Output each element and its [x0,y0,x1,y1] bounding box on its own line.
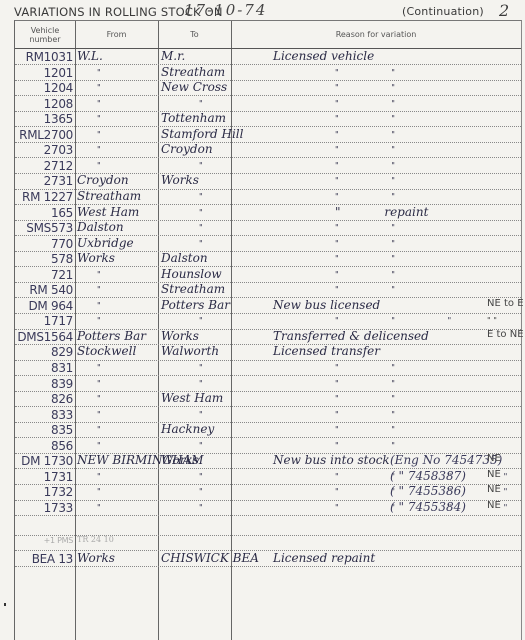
reason-for-variation [273,535,478,550]
region-transfer: NE [487,484,525,499]
vehicle-number: 835 [15,423,73,438]
table-row: SMS573Dalston"" " [15,220,521,236]
region-transfer [487,282,525,297]
to-location: West Ham [161,391,271,406]
reason-for-variation [273,520,478,535]
table-row: RM1031W.L.M.r.Licensed vehicle [15,49,521,65]
table-row: 578WorksDalston" " [15,251,521,267]
continuation-label: (Continuation) [402,5,484,18]
engine-number: (Eng No 7454735) [390,453,480,468]
from-location: NEW BIRMINGHAM [77,453,155,468]
to-location: Croydon [161,142,271,157]
region-transfer [487,127,525,142]
region-transfer: NE [487,469,525,484]
table-row: 2731CroydonWorks" " [15,173,521,189]
table-row: 1733""" " " "( " 7455384)NE [15,500,521,516]
vehicle-number: 721 [15,268,73,283]
engine-number: ( " 7455384) [390,500,480,515]
region-transfer [487,438,525,453]
to-location: Works [161,329,271,344]
region-transfer [487,173,525,188]
rolling-stock-table: Vehicle number From To Reason for variat… [14,20,522,640]
region-transfer [487,407,525,422]
region-transfer: NE to E [487,298,525,313]
header-reason: Reason for variation [231,21,521,48]
region-transfer: NE [487,500,525,515]
vehicle-number: 1717 [15,314,73,329]
region-transfer [487,96,525,111]
vehicle-number: RM1031 [15,50,73,65]
table-row: 839""" " [15,376,521,392]
to-location: Streatham [161,282,271,297]
region-transfer [487,142,525,157]
vehicle-number: 165 [15,206,73,221]
from-location: Works [77,551,155,566]
to-location [161,535,271,550]
table-row: DM 964"Potters BarNew bus licensedNE to … [15,298,521,314]
to-location: Dalston [161,251,271,266]
vehicle-number: 1731 [15,470,73,485]
vehicle-number: 1208 [15,97,73,112]
vehicle-number: 839 [15,377,73,392]
table-row: 1731""" " " "( " 7458387)NE [15,469,521,485]
to-location: Tottenham [161,111,271,126]
region-transfer [487,422,525,437]
to-location: New Cross [161,80,271,95]
to-location: Walworth [161,344,271,359]
table-row: 1208""" " [15,96,521,112]
vehicle-number [15,521,73,536]
region-transfer [487,65,525,80]
vehicle-number: 826 [15,392,73,407]
page-number: 2 [499,1,509,20]
reason-for-variation: Licensed vehicle [273,49,478,64]
vehicle-number: 2703 [15,143,73,158]
from-location: Uxbridge [77,236,155,251]
reason-for-variation: Licensed repaint [273,551,478,566]
vehicle-number: DM 1730 [15,454,73,469]
header-from: From [75,21,158,48]
vehicle-number: SMS573 [15,221,73,236]
to-location [161,520,271,535]
vehicle-number: 2731 [15,174,73,189]
from-location: W.L. [77,49,155,64]
from-location: Stockwell [77,344,155,359]
to-location: Stamford Hill [161,127,271,142]
vehicle-number: 833 [15,408,73,423]
vehicle-number: RML2700 [15,128,73,143]
table-row: 833""" " [15,407,521,423]
vehicle-number: 1201 [15,66,73,81]
table-row: 2712""" " [15,158,521,174]
vehicle-number: 1732 [15,485,73,500]
region-transfer [487,360,525,375]
vehicle-number: 829 [15,345,73,360]
from-location: TR 24 10 [77,535,155,550]
engine-number: ( " 7455386) [390,484,480,499]
to-location: Works [161,453,271,468]
region-transfer [487,111,525,126]
to-location: Works [161,173,271,188]
table-row: 856""" " [15,438,521,454]
table-row: DM 1730NEW BIRMINGHAMWorksNew bus into s… [15,453,521,469]
vehicle-number: 2712 [15,159,73,174]
table-row: 1365"Tottenham" " [15,111,521,127]
to-location: Potters Bar [161,298,271,313]
from-location: Potters Bar [77,329,155,344]
vehicle-number: 856 [15,439,73,454]
table-row: RM 1227Streatham"" " [15,189,521,205]
table-row: 826"West Ham" " [15,391,521,407]
vehicle-number: +1 PMS [15,536,73,551]
table-row: DMS1564Potters BarWorksTransferred & del… [15,329,521,345]
vehicle-number: 1733 [15,501,73,516]
from-location: West Ham [77,205,155,220]
table-row: RM 540"Streatham" " [15,282,521,298]
from-location: Croydon [77,173,155,188]
region-transfer [487,220,525,235]
header-vehicle-number: Vehicle number [15,21,75,48]
to-location: CHISWICK BEA [161,551,271,566]
region-transfer [487,251,525,266]
vehicle-number: 1365 [15,112,73,127]
vehicle-number: 1204 [15,81,73,96]
region-transfer [487,376,525,391]
table-row [15,520,521,536]
reason-for-variation: Transferred & delicensed [273,329,478,344]
region-transfer [487,236,525,251]
from-location: Works [77,251,155,266]
region-transfer [487,205,525,220]
page-header: VARIATIONS IN ROLLING STOCK ON 17-10-74 … [14,2,519,20]
vehicle-number: BEA 13 [15,552,73,567]
vehicle-number: 831 [15,361,73,376]
from-location: Streatham [77,189,155,204]
table-row: 1201"Streatham" " [15,65,521,81]
table-row: 835"Hackney" " [15,422,521,438]
table-row: 1732""" " " "( " 7455386)NE [15,484,521,500]
table-row: 829StockwellWalworthLicensed transfer [15,344,521,360]
to-location: Hounslow [161,267,271,282]
vehicle-number: DM 964 [15,299,73,314]
table-row: 831""" " [15,360,521,376]
vehicle-number: RM 1227 [15,190,73,205]
to-location: Streatham [161,65,271,80]
table-header: Vehicle number From To Reason for variat… [15,21,521,49]
table-row: 721"Hounslow" " [15,267,521,283]
to-location: Hackney [161,422,271,437]
table-row: 1204"New Cross" " [15,80,521,96]
region-transfer [487,267,525,282]
vehicle-number: RM 540 [15,283,73,298]
vehicle-number: 770 [15,237,73,252]
region-transfer [487,49,525,64]
table-row: RML2700"Stamford Hill" " [15,127,521,143]
table-row: +1 PMSTR 24 10 [15,535,521,551]
from-location: Dalston [77,220,155,235]
region-transfer [487,80,525,95]
region-transfer [487,535,525,550]
header-to: To [158,21,231,48]
region-transfer [487,189,525,204]
reason-for-variation: New bus licensed [273,298,478,313]
region-transfer [487,158,525,173]
region-transfer [487,344,525,359]
from-location [77,520,155,535]
region-transfer [487,551,525,566]
engine-number: ( " 7458387) [390,469,480,484]
table-row: BEA 13WorksCHISWICK BEALicensed repaint [15,551,521,567]
to-location: M.r. [161,49,271,64]
region-transfer [487,391,525,406]
reason-for-variation: Licensed transfer [273,344,478,359]
region-transfer [487,520,525,535]
table-row: 165West Ham"" repaint [15,205,521,221]
margin-mark [4,603,6,606]
table-row: 1717""" " "" " [15,313,521,329]
vehicle-number: 578 [15,252,73,267]
region-transfer: E to NE [487,329,525,344]
report-date: 17-10-74 [184,1,267,19]
vehicle-number: DMS1564 [15,330,73,345]
table-row: 770Uxbridge"" " [15,236,521,252]
table-row: 2703"Croydon" " [15,142,521,158]
region-transfer: NE [487,453,525,468]
